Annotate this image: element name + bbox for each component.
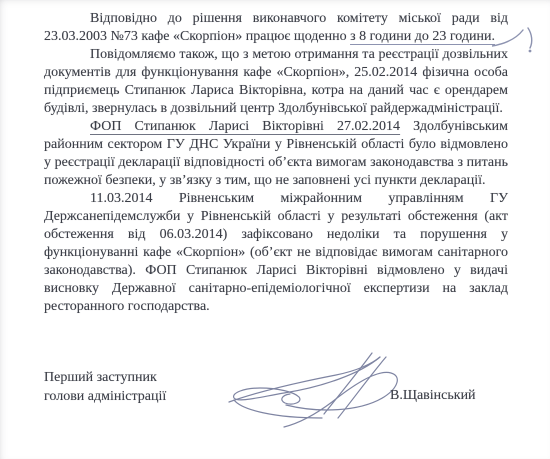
pen-underlined-text: з 8 години до 23 години.	[350, 29, 495, 44]
pen-hook-checkmark-icon	[492, 24, 542, 56]
signatory-title-line2: голови адміністрації	[44, 387, 166, 406]
text-line: пожежної безпеки, у зв’язку з тим, що не…	[44, 172, 508, 190]
text-line: 11.03.2014 Рівненським міжрайонним управ…	[44, 190, 508, 208]
signatory-title: Перший заступник голови адміністрації	[44, 368, 166, 406]
text-line: обстеження від 06.03.2014) зафіксовано н…	[44, 226, 508, 244]
text-line: 23.03.2003 №73 кафе «Скорпіон» працює що…	[44, 28, 508, 46]
text-line: висновку Державної санітарно-епідеміолог…	[44, 280, 508, 298]
text-line: районним сектором ГУ ДНС України у Рівне…	[44, 136, 508, 154]
signatory-title-line1: Перший заступник	[44, 368, 166, 387]
document-body: Відповідно до рішення виконавчого коміте…	[44, 10, 508, 316]
text-line: документів для функціонування кафе «Скор…	[44, 64, 508, 82]
text-segment: Здолбунівським	[400, 119, 508, 134]
text-line: законодавства). ФОП Стипанюк Ларисі Вікт…	[44, 262, 508, 280]
text-line: будівлі, звернулась в дозвільний центр З…	[44, 100, 508, 118]
text-line: Відповідно до рішення виконавчого коміте…	[44, 10, 508, 28]
handwritten-signature	[226, 350, 408, 430]
text-line: ФОП Стипанюк Ларисі Вікторівні 27.02.201…	[44, 118, 508, 136]
text-line: функціонуванні кафе «Скорпіон» (об’єкт н…	[44, 244, 508, 262]
pen-underlined-text: ФОП Стипанюк Ларисі Вікторівні 27.02.201…	[90, 119, 400, 134]
text-line: у реєстрації декларації відповідності об…	[44, 154, 508, 172]
text-line: Повідомляємо також, що з метою отримання…	[44, 46, 508, 64]
signatory-name: В.Щавінський	[390, 387, 476, 405]
text-line: Держсанепідемслужби у Рівненській област…	[44, 208, 508, 226]
text-line: ресторанного господарства.	[44, 298, 508, 316]
text-line: підприємець Стипанюк Лариса Вікторівна, …	[44, 82, 508, 100]
scanned-document-page: Відповідно до рішення виконавчого коміте…	[0, 0, 550, 459]
text-segment: 23.03.2003 №73 кафе «Скорпіон» працює що…	[44, 29, 350, 44]
